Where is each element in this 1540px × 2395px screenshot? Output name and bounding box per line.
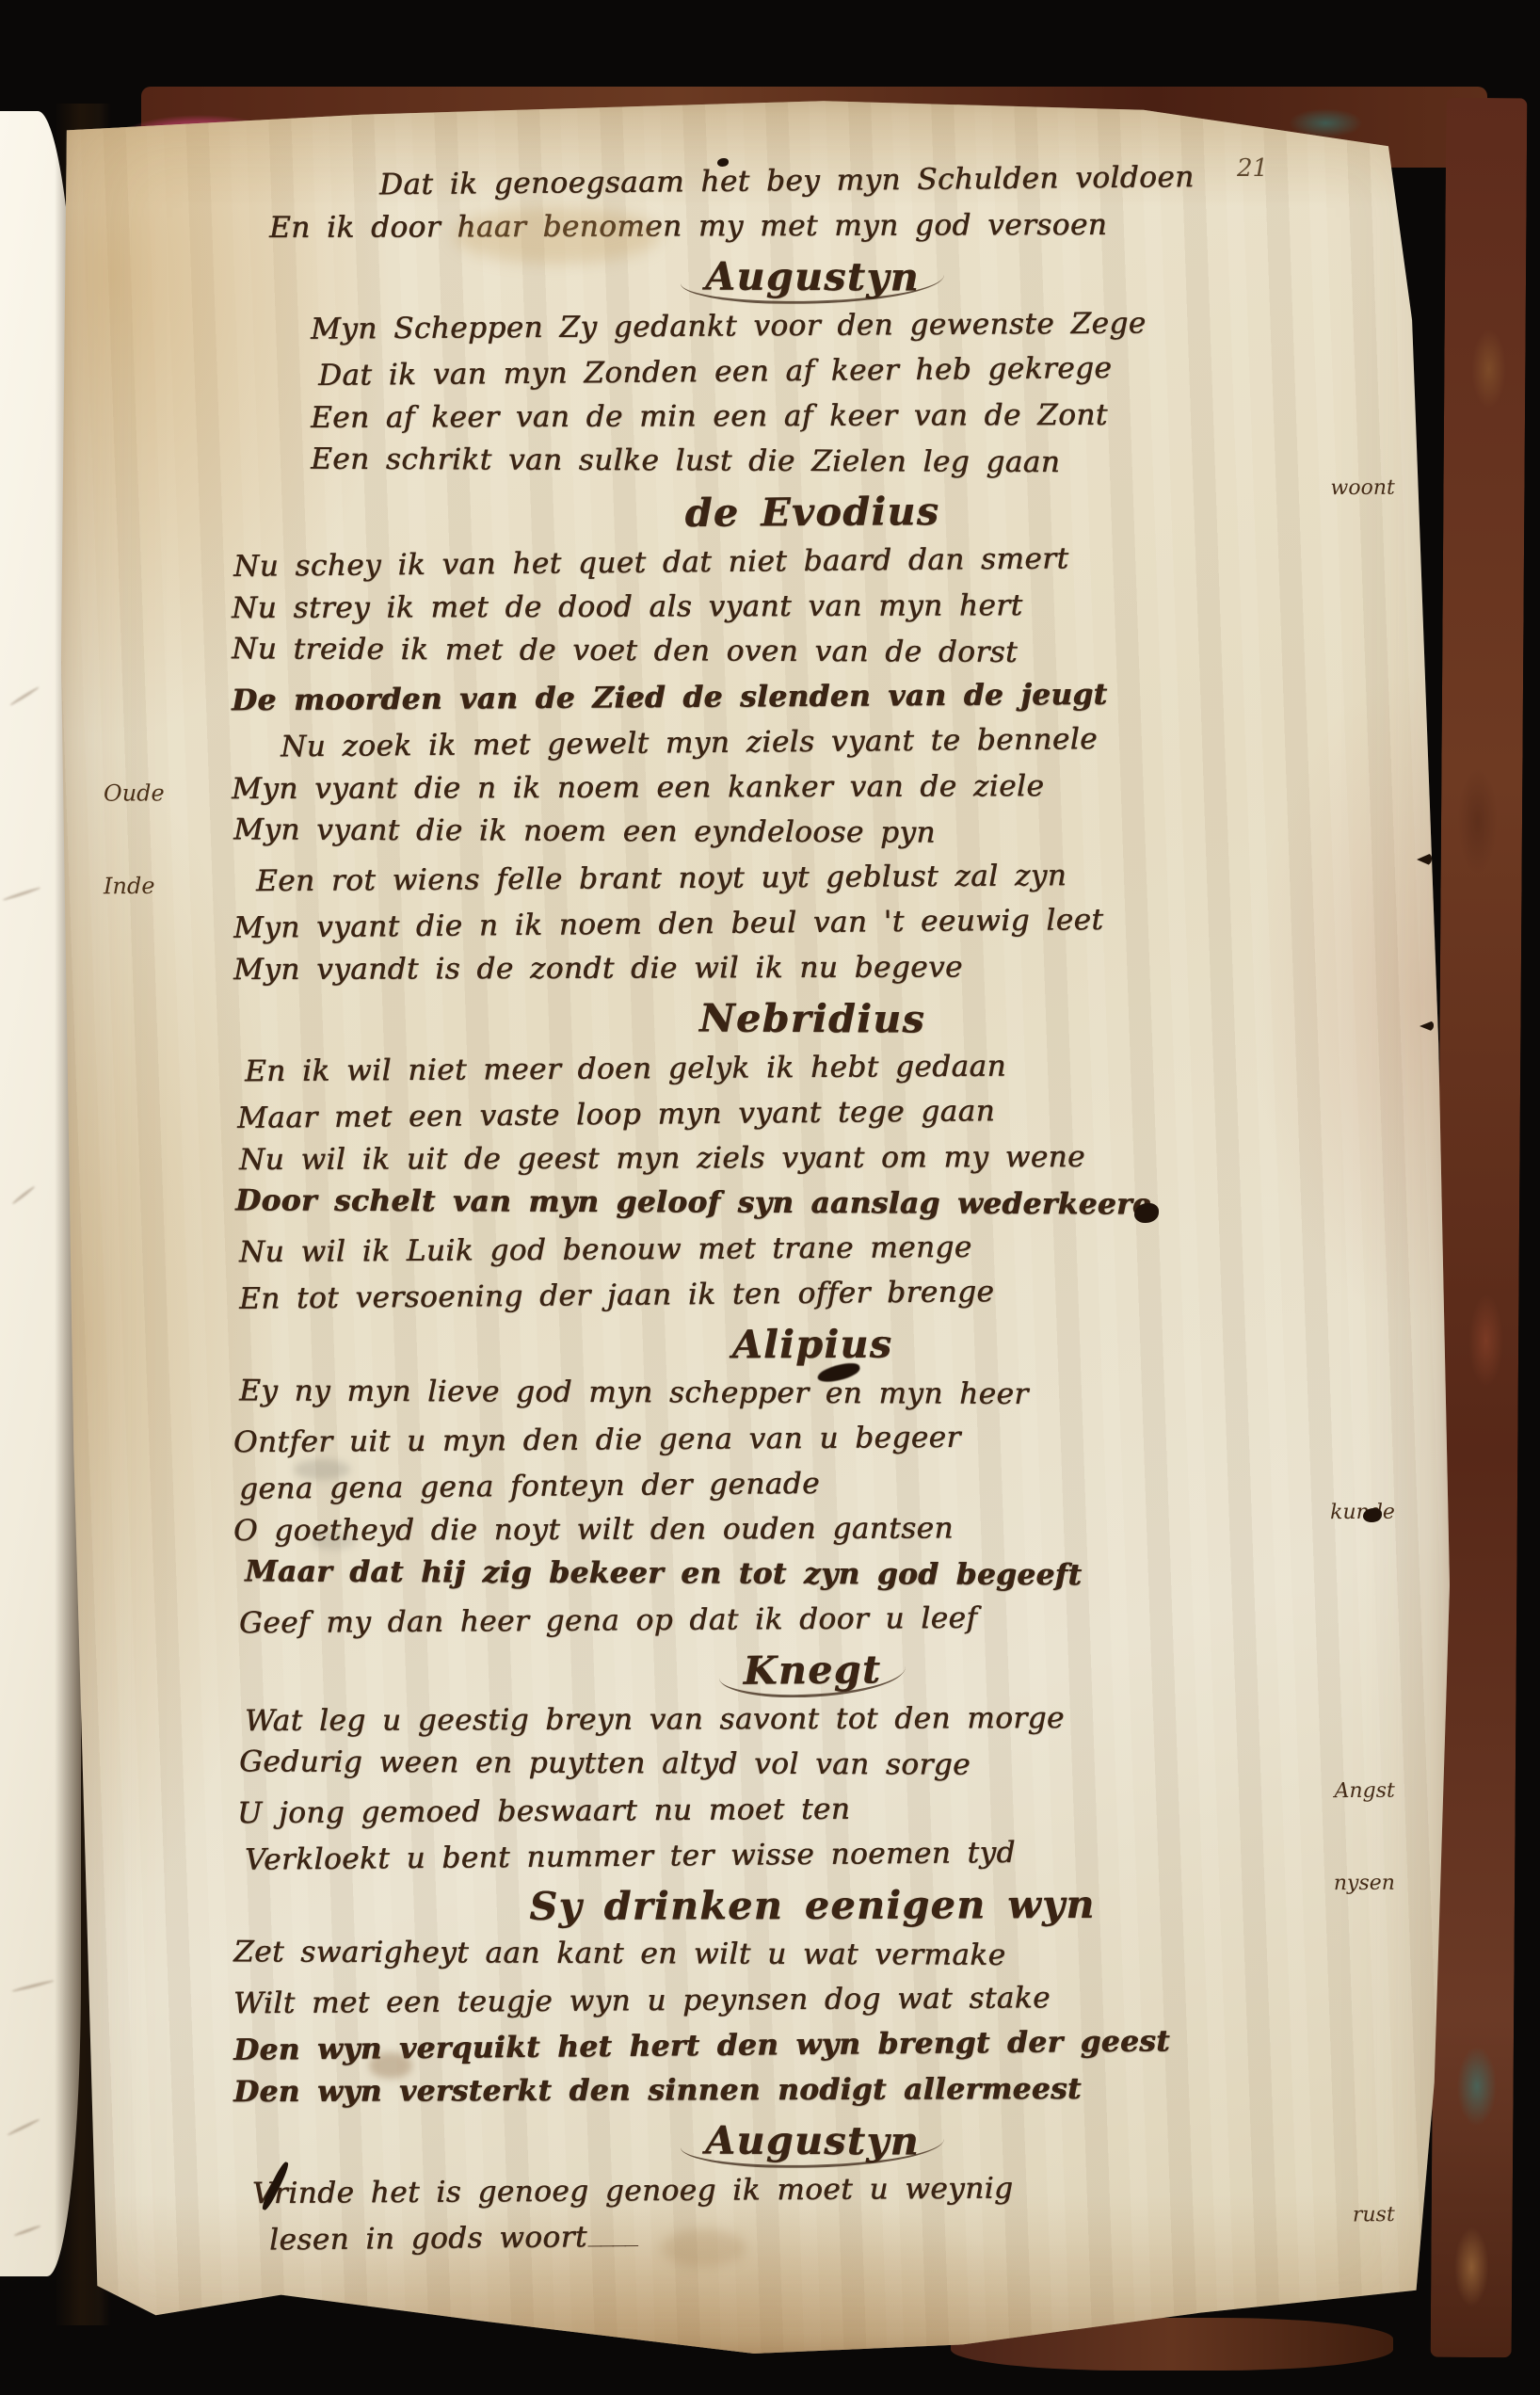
ink-mark-right-edge	[1420, 1021, 1434, 1032]
manuscript-line-text: Myn vyant die n ik noem een kanker van d…	[232, 769, 1044, 806]
manuscript-line-text: Een rot wiens felle brant noyt uyt geblu…	[256, 859, 1067, 898]
manuscript-line-text: Ey ny myn lieve god myn schepper en myn …	[239, 1374, 1029, 1411]
section-heading-label: Nebridius	[699, 995, 925, 1041]
marbled-cover-right-edge	[1431, 98, 1528, 2358]
section-heading: Augustyn	[224, 251, 1401, 311]
bleedthrough-mark	[9, 686, 40, 707]
section-heading: Knegt	[224, 1642, 1401, 1708]
manuscript-line-text: Een schrikt van sulke lust die Zielen le…	[311, 442, 1060, 479]
manuscript-line-text: Dat ik van myn Zonden een af keer heb ge…	[318, 351, 1113, 393]
manuscript-line-text: U jong gemoed beswaart nu moet ten	[237, 1792, 850, 1831]
manuscript-line: Een schrikt van sulke lust die Zielen le…	[224, 442, 1401, 491]
manuscript-line-text: Zet swarigheyt aan kant en wilt u wat ve…	[233, 1935, 1005, 1972]
section-heading-label: de Evodius	[685, 489, 940, 536]
manuscript-line: Den wyn versterkt den sinnen nodigt alle…	[224, 2071, 1401, 2120]
section-heading-label: Knegt	[718, 1647, 906, 1698]
manuscript-line: Wat leg u geestig breyn van savont tot d…	[224, 1700, 1401, 1749]
ink-mark-right-edge	[1417, 853, 1432, 866]
manuscript-line: Myn vyant die ik noem een eyndeloose pyn	[224, 812, 1401, 862]
manuscript-line-text: Nu wil ik Luik god benouw met trane meng…	[239, 1230, 972, 1269]
manuscript-line: Nu wil ik uit de geest myn ziels vyant o…	[224, 1139, 1401, 1188]
manuscript-line: Myn vyandt is de zondt die wil ik nu beg…	[224, 949, 1401, 998]
bleedthrough-mark	[11, 1185, 35, 1205]
interlinear-note: woont	[1330, 476, 1395, 500]
interlinear-note: Angst	[1334, 1779, 1394, 1803]
interlinear-note: kunde	[1330, 1501, 1395, 1524]
manuscript-line: Gedurig ween en puytten altyd vol van so…	[224, 1744, 1401, 1794]
manuscript-line: En ik door haar benomen my met myn god v…	[224, 207, 1401, 256]
manuscript-line: Nu strey ik met de dood als vyant van my…	[224, 587, 1401, 636]
bleedthrough-mark	[3, 887, 41, 902]
text-block: Dat ik genoegsaam het bey myn Schulden v…	[224, 164, 1401, 2263]
section-heading-label: Augustyn	[681, 2117, 944, 2168]
manuscript-line-text: Verkloekt u bent nummer ter wisse noemen…	[245, 1836, 1016, 1877]
interlinear-note: nysen	[1334, 1872, 1395, 1895]
section-heading: Alipius	[224, 1320, 1401, 1378]
manuscript-line-text: En ik door haar benomen my met myn god v…	[269, 208, 1107, 245]
manuscript-line-text: En ik wil niet meer doen gelyk ik hebt g…	[245, 1050, 1006, 1089]
manuscript-line-text: Een af keer van de min een af keer van d…	[311, 398, 1108, 435]
bleedthrough-mark	[13, 2225, 40, 2237]
manuscript-line-text: Maar met een vaste loop myn vyant tege g…	[237, 1094, 995, 1135]
bleedthrough-mark	[7, 2118, 40, 2136]
stain	[454, 207, 661, 264]
manuscript-line-text: Door schelt van myn geloof syn aanslag w…	[235, 1183, 1151, 1221]
manuscript-line-text: Nu strey ik met de dood als vyant van my…	[232, 588, 1023, 625]
manuscript-line-text: Myn vyandt is de zondt die wil ik nu beg…	[233, 950, 963, 987]
stain	[369, 2052, 412, 2079]
stain	[311, 1533, 356, 1550]
manuscript-line-text: Wat leg u geestig breyn van savont tot d…	[245, 1701, 1065, 1738]
section-heading: de Evodiuswoont	[224, 486, 1401, 549]
manuscript-line: Nu treide ik met de voet den oven van de…	[224, 632, 1401, 682]
manuscript-line-text: En tot versoening der jaan ik ten offer …	[239, 1275, 995, 1316]
manuscript-line: O goetheyd die noyt wilt den ouden gants…	[224, 1510, 1401, 1559]
section-heading-label: Sy drinken eenigen wyn	[529, 1882, 1095, 1929]
bleedthrough-mark	[11, 1979, 54, 1992]
manuscript-line-text: Nu wil ik uit de geest myn ziels vyant o…	[239, 1140, 1085, 1177]
stain	[661, 2229, 746, 2267]
manuscript-line-text: Wilt met een teugje wyn u peynsen dog wa…	[233, 1981, 1051, 2020]
manuscript-line: Maar dat hij zig bekeer en tot zyn god b…	[224, 1554, 1401, 1604]
interlinear-note: rust	[1353, 2203, 1395, 2226]
manuscript-line-text: Dat ik genoegsaam het bey myn Schulden v…	[379, 160, 1195, 201]
margin-note: Oude	[104, 780, 165, 806]
manuscript-line-text: Vrinde het is genoeg genoeg ik moet u we…	[252, 2172, 1014, 2211]
section-heading: Sy drinken eenigen wynnysen	[224, 1881, 1401, 1939]
stain	[294, 1459, 350, 1480]
manuscript-line: Ey ny myn lieve god myn schepper en myn …	[224, 1374, 1401, 1423]
manuscript-page: 21 Dat ik genoegsaam het bey myn Schulde…	[58, 94, 1450, 2354]
margin-note: Inde	[104, 873, 155, 899]
section-heading: Augustyn	[224, 2115, 1401, 2175]
manuscript-line-text: Myn vyant die n ik noem den beul van 't …	[233, 903, 1104, 945]
manuscript-line: Een af keer van de min een af keer van d…	[224, 397, 1401, 446]
manuscript-line-text: Den wyn versterkt den sinnen nodigt alle…	[233, 2072, 1082, 2109]
section-heading-label: Alipius	[732, 1322, 893, 1368]
manuscript-line: Zet swarigheyt aan kant en wilt u wat ve…	[224, 1935, 1401, 1985]
manuscript-line: Door schelt van myn geloof syn aanslag w…	[224, 1183, 1401, 1233]
manuscript-line-text: Ontfer uit u myn den die gena van u bege…	[233, 1421, 961, 1459]
photograph-of-manuscript: 21 Dat ik genoegsaam het bey myn Schulde…	[0, 0, 1540, 2395]
manuscript-line-text: Nu zoek ik met gewelt myn ziels vyant te…	[281, 722, 1098, 764]
pen-flourish: ————	[587, 2236, 636, 2254]
manuscript-line-text: Myn vyant die ik noem een eyndeloose pyn	[233, 812, 936, 849]
manuscript-line-text: lesen in gods woort	[269, 2220, 587, 2257]
manuscript-line-text: Maar dat hij zig bekeer en tot zyn god b…	[245, 1554, 1082, 1592]
manuscript-line-text: Geef my dan heer gena op dat ik door u l…	[239, 1601, 978, 1640]
section-heading: Nebridius	[224, 993, 1401, 1053]
manuscript-line: Dat ik genoegsaam het bey myn Schulden v…	[224, 158, 1401, 215]
manuscript-line-text: Nu schey ik van het quet dat niet baard …	[233, 541, 1069, 584]
manuscript-line: OudeMyn vyant die n ik noem een kanker v…	[224, 768, 1401, 817]
manuscript-line-text: De moorden van de Zied de slenden van de…	[232, 678, 1108, 717]
manuscript-line-text: Nu treide ik met de voet den oven van de…	[232, 632, 1018, 669]
section-heading-label: Augustyn	[681, 253, 944, 304]
manuscript-line-text: Myn Scheppen Zy gedankt voor den gewenst…	[311, 307, 1147, 346]
manuscript-line-text: Gedurig ween en puytten altyd vol van so…	[239, 1744, 971, 1781]
